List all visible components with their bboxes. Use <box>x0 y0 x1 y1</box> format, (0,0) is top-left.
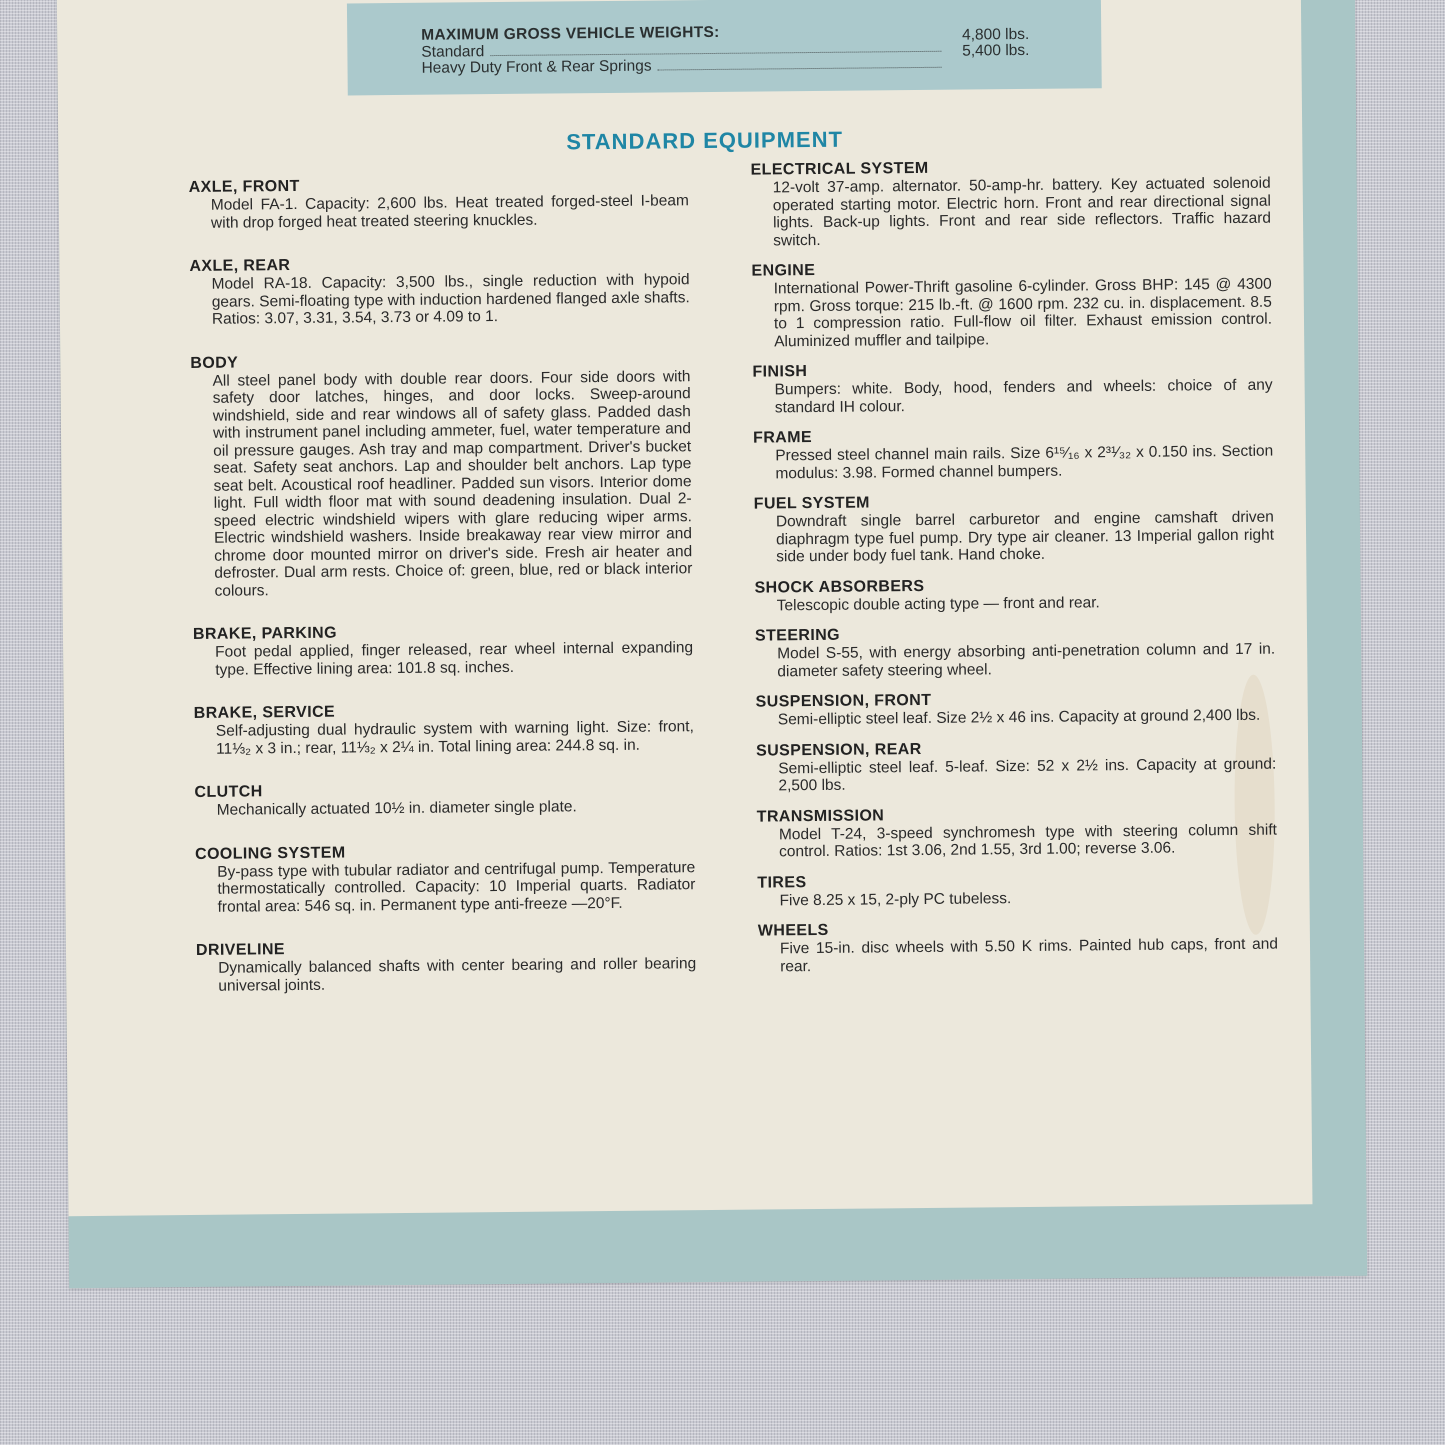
spec-item: TRANSMISSION Model T-24, 3-speed synchro… <box>757 803 1277 861</box>
spec-item: DRIVELINE Dynamically balanced shafts wi… <box>196 937 696 995</box>
spec-item: SUSPENSION, FRONT Semi-elliptic steel le… <box>756 689 1276 729</box>
spec-item: TIRES Five 8.25 x 15, 2-ply PC tubeless. <box>757 869 1277 909</box>
spec-text: By-pass type with tubular radiator and c… <box>217 859 695 916</box>
spec-item: ENGINE International Power-Thrift gasoli… <box>751 258 1272 351</box>
spec-column-left: AXLE, FRONT Model FA-1. Capacity: 2,600 … <box>189 174 697 1021</box>
spec-text: 12-volt 37-amp. alternator. 50-amp-hr. b… <box>773 175 1272 250</box>
gvw-row-heavy-duty: Heavy Duty Front & Rear Springs 5,400 lb… <box>421 55 1029 77</box>
spec-item: SHOCK ABSORBERS Telescopic double acting… <box>754 574 1274 614</box>
spec-item: ELECTRICAL SYSTEM 12-volt 37-amp. altern… <box>750 157 1271 250</box>
spec-text: Model RA-18. Capacity: 3,500 lbs., singl… <box>212 271 690 328</box>
brochure-paper: MAXIMUM GROSS VEHICLE WEIGHTS: Standard … <box>57 0 1313 1216</box>
spec-text: Semi-elliptic steel leaf. 5-leaf. Size: … <box>778 755 1276 795</box>
spec-column-right: ELECTRICAL SYSTEM 12-volt 37-amp. altern… <box>750 157 1278 989</box>
spec-item: FUEL SYSTEM Downdraft single barrel carb… <box>754 491 1275 566</box>
spec-item: SUSPENSION, REAR Semi-elliptic steel lea… <box>756 737 1276 795</box>
spec-text: Model T-24, 3-speed synchromesh type wit… <box>779 821 1277 861</box>
max-gvw-box: MAXIMUM GROSS VEHICLE WEIGHTS: Standard … <box>347 0 1102 95</box>
brochure-sheet: MAXIMUM GROSS VEHICLE WEIGHTS: Standard … <box>57 0 1367 1288</box>
spec-text: Model S-55, with energy absorbing anti-p… <box>777 641 1275 681</box>
gvw-row-label: Heavy Duty Front & Rear Springs <box>421 59 651 77</box>
spec-text: Five 8.25 x 15, 2-ply PC tubeless. <box>779 887 1277 909</box>
spec-text: Dynamically balanced shafts with center … <box>218 955 696 995</box>
spec-text: Mechanically actuated 10½ in. diameter s… <box>217 797 695 819</box>
spec-item: FRAME Pressed steel channel main rails. … <box>753 425 1273 483</box>
spec-text: Bumpers: white. Body, hood, fenders and … <box>775 377 1273 417</box>
dot-leader <box>657 56 941 71</box>
spec-text: Foot pedal applied, finger released, rea… <box>215 639 693 679</box>
spec-item: STEERING Model S-55, with energy absorbi… <box>755 623 1275 681</box>
spec-text: Pressed steel channel main rails. Size 6… <box>775 443 1273 483</box>
spec-item: AXLE, REAR Model RA-18. Capacity: 3,500 … <box>189 253 690 328</box>
spec-item: CLUTCH Mechanically actuated 10½ in. dia… <box>194 779 694 819</box>
spec-item: AXLE, FRONT Model FA-1. Capacity: 2,600 … <box>189 174 689 232</box>
spec-text: Five 15-in. disc wheels with 5.50 K rims… <box>780 936 1278 976</box>
spec-text: Downdraft single barrel carburetor and e… <box>776 509 1274 566</box>
spec-item: BRAKE, SERVICE Self-adjusting dual hydra… <box>194 700 694 758</box>
spec-item: BRAKE, PARKING Foot pedal applied, finge… <box>193 621 693 679</box>
spec-text: International Power-Thrift gasoline 6-cy… <box>774 276 1273 351</box>
spec-text: Model FA-1. Capacity: 2,600 lbs. Heat tr… <box>211 192 689 232</box>
spec-text: All steel panel body with double rear do… <box>212 368 692 600</box>
section-title: STANDARD EQUIPMENT <box>566 127 843 156</box>
spec-text: Self-adjusting dual hydraulic system wit… <box>216 718 694 758</box>
spec-item: WHEELS Five 15-in. disc wheels with 5.50… <box>758 918 1278 976</box>
spec-item: FINISH Bumpers: white. Body, hood, fende… <box>752 359 1272 417</box>
spec-item: COOLING SYSTEM By-pass type with tubular… <box>195 841 696 916</box>
spec-text: Semi-elliptic steel leaf. Size 2½ x 46 i… <box>778 707 1276 729</box>
spec-item: BODY All steel panel body with double re… <box>190 350 692 600</box>
gvw-row-value: 5,400 lbs. <box>945 43 1029 72</box>
